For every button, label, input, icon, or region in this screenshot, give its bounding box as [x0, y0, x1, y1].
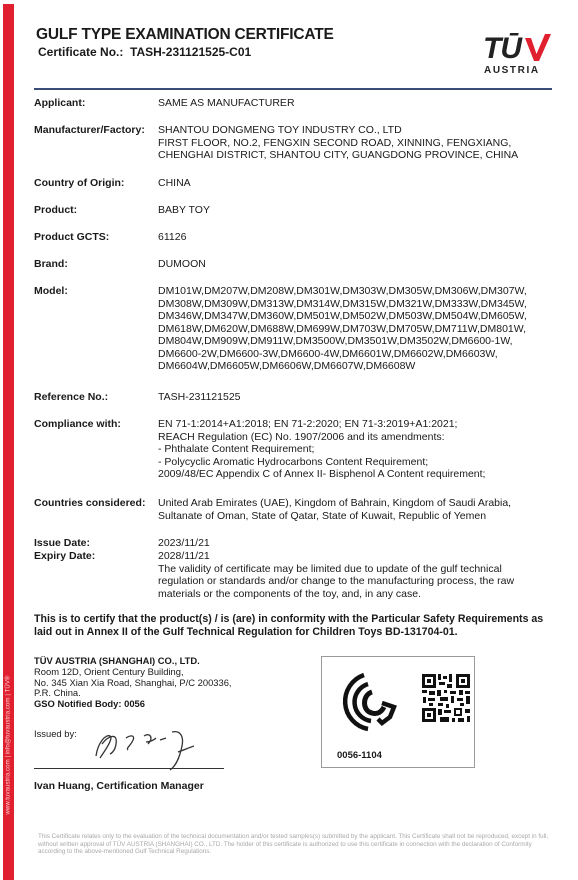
certificate-number: Certificate No.:TASH-231121525-C01: [38, 45, 251, 59]
signer-name: Ivan Huang, Certification Manager: [34, 780, 204, 792]
field-value: TASH-231121525: [158, 391, 558, 404]
field-label: Model:: [34, 285, 159, 298]
logo-tuv-text: TŪ: [483, 32, 521, 66]
field-value: United Arab Emirates (UAE), Kingdom of B…: [158, 497, 558, 522]
field-value: EN 71-1:2014+A1:2018; EN 71-2:2020; EN 7…: [158, 418, 558, 481]
logo-austria-text: AUSTRIA: [484, 65, 540, 76]
field-value: CHINA: [158, 177, 558, 190]
field-value: BABY TOY: [158, 204, 558, 217]
field-label: Issue Date:: [34, 537, 159, 550]
field-value: 2023/11/21: [158, 537, 558, 550]
conformity-mark-code: 0056-1104: [337, 750, 382, 761]
field-value: SHANTOU DONGMENG TOY INDUSTRY CO., LTD F…: [158, 124, 558, 162]
field-label: Countries considered:: [34, 497, 159, 510]
issuer-address-line: Room 12D, Orient Century Building,: [34, 667, 232, 678]
field-label: Compliance with:: [34, 418, 159, 431]
side-bar-text: www.tuvaustria.com | info@tuvaustria.com…: [6, 676, 12, 815]
certificate-number-value: TASH-231121525-C01: [130, 45, 251, 59]
signature-icon: [88, 722, 198, 772]
qr-code-icon: [420, 669, 470, 753]
tuv-austria-logo: TŪ AUSTRIA: [480, 32, 552, 82]
logo-check-icon: [524, 34, 552, 64]
field-label: Expiry Date:: [34, 550, 159, 563]
field-label: Product GCTS:: [34, 231, 159, 244]
field-label: Product:: [34, 204, 159, 217]
issuer-block: TÜV AUSTRIA (SHANGHAI) CO., LTD. Room 12…: [34, 656, 232, 710]
conformity-mark-box: 0056-1104: [321, 656, 475, 768]
certificate-number-label: Certificate No.:: [38, 45, 130, 59]
field-label: Manufacturer/Factory:: [34, 124, 159, 137]
notified-body: GSO Notified Body: 0056: [34, 699, 232, 710]
gulf-conformity-mark-icon: [338, 671, 400, 733]
field-value: 61126: [158, 231, 558, 244]
header-divider: [34, 88, 552, 90]
field-value: DM101W,DM207W,DM208W,DM301W,DM303W,DM305…: [158, 285, 578, 373]
conformity-statement: This is to certify that the product(s) /…: [34, 613, 554, 638]
field-value: DUMOON: [158, 258, 558, 271]
certificate-title: GULF TYPE EXAMINATION CERTIFICATE: [36, 26, 334, 44]
field-label: Reference No.:: [34, 391, 159, 404]
field-value: 2028/11/21 The validity of certificate m…: [158, 550, 558, 600]
field-value: SAME AS MANUFACTURER: [158, 97, 558, 110]
legal-disclaimer: This Certificate relates only to the eva…: [38, 833, 550, 856]
signature-line: [34, 768, 224, 769]
side-bar-text-container: www.tuvaustria.com | info@tuvaustria.com…: [3, 640, 14, 850]
field-label: Applicant:: [34, 97, 159, 110]
field-label: Country of Origin:: [34, 177, 159, 190]
issued-by-label: Issued by:: [34, 728, 77, 739]
field-label: Brand:: [34, 258, 159, 271]
